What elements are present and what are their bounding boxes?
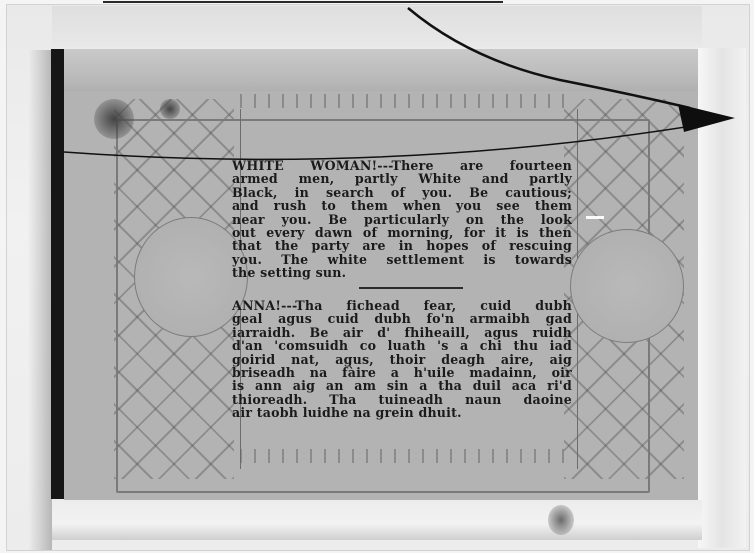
- wire-upper: [408, 8, 690, 108]
- wire-overlay: [0, 0, 754, 553]
- light-glint: [586, 216, 604, 219]
- black-pin-shadow: [678, 104, 735, 132]
- wire-lower: [64, 126, 692, 159]
